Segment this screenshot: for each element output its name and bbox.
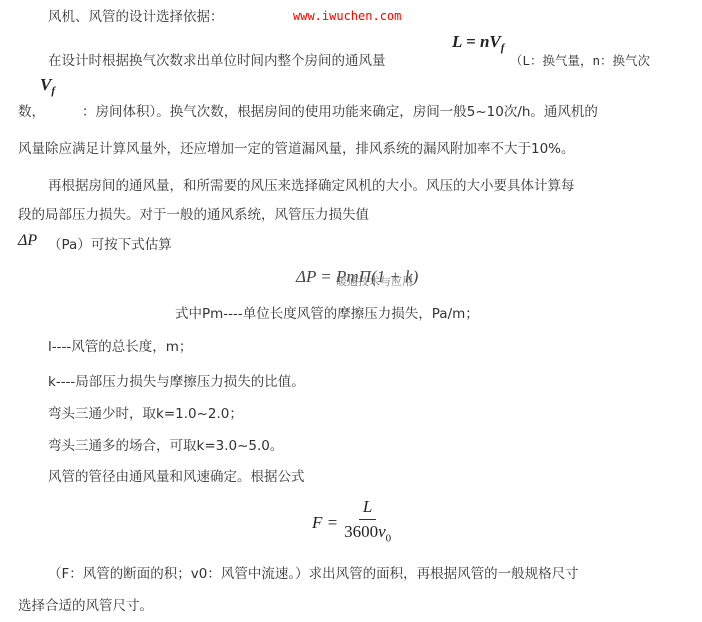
duct-area-formula: F = L 3600v0 (312, 497, 391, 548)
paragraph-1-line-1-tail: （L：换气量，n：换气次 (510, 52, 650, 70)
ventilation-formula: L = nVf (452, 32, 504, 58)
paragraph-2-line-3: （Pa）可按下式估算 (48, 236, 172, 254)
formula-F-den-sub: 0 (386, 532, 392, 544)
formula-F-den-number: 3600 (344, 522, 378, 541)
definition-pm: 式中Pm----单位长度风管的摩擦压力损失，Pa/m； (175, 305, 479, 323)
duct-diameter-intro: 风管的管径由通风量和风速确定。根据公式 (48, 468, 305, 486)
definition-k: k----局部压力损失与摩擦压力损失的比值。 (48, 373, 305, 391)
formula-F-fraction: L 3600v0 (344, 497, 391, 548)
formula-F-lhs: F = (312, 513, 338, 533)
paragraph-1-line-2-head: 数， (18, 103, 45, 121)
paragraph-1-line-2: ：房间体积）。换气次数，根据房间的使用功能来确定，房间一般5~10次/h。通风机… (82, 103, 598, 121)
volume-symbol: Vf (40, 75, 55, 101)
pressure-loss-symbol: ΔP (18, 232, 37, 250)
watermark-text: 暖通技术与应用 (336, 276, 413, 288)
k-range-few-fittings: 弯头三通少时，取k=1.0~2.0； (48, 405, 243, 423)
paragraph-2-line-2: 段的局部压力损失。对于一般的通风系统，风管压力损失值 (18, 206, 369, 224)
formula-F-numerator: L (359, 497, 376, 520)
vf-symbol-text: V (40, 75, 51, 94)
paragraph-1-line-3: 风量除应满足计算风量外，还应增加一定的管道漏风量，排风系统的漏风附加率不大于10… (18, 140, 575, 158)
paragraph-1-line-1: 在设计时根据换气次数求出单位时间内整个房间的通风量 (48, 52, 386, 70)
site-url-link[interactable]: www.iwuchen.com (293, 8, 401, 24)
paragraph-2-line-1: 再根据房间的通风量，和所需要的风压来选择确定风机的大小。风压的大小要具体计算每 (48, 177, 575, 195)
section-heading: 风机、风管的设计选择依据： (48, 8, 224, 26)
definition-l: l----风管的总长度，m； (48, 338, 192, 356)
k-range-many-fittings: 弯头三通多的场合，可取k=3.0~5.0。 (48, 437, 283, 455)
formula-F-denominator: 3600v0 (344, 520, 391, 548)
vf-subscript: f (51, 85, 55, 97)
last-paragraph-line-1: （F：风管的断面的积；v0：风管中流速。）求出风管的面积，再根据风管的一般规格尺… (48, 565, 579, 583)
formula-L-text: L = nV (452, 32, 501, 51)
formula-L-subscript: f (501, 42, 505, 54)
last-paragraph-line-2: 选择合适的风管尺寸。 (18, 597, 153, 615)
formula-F-den-var: v (378, 522, 386, 541)
